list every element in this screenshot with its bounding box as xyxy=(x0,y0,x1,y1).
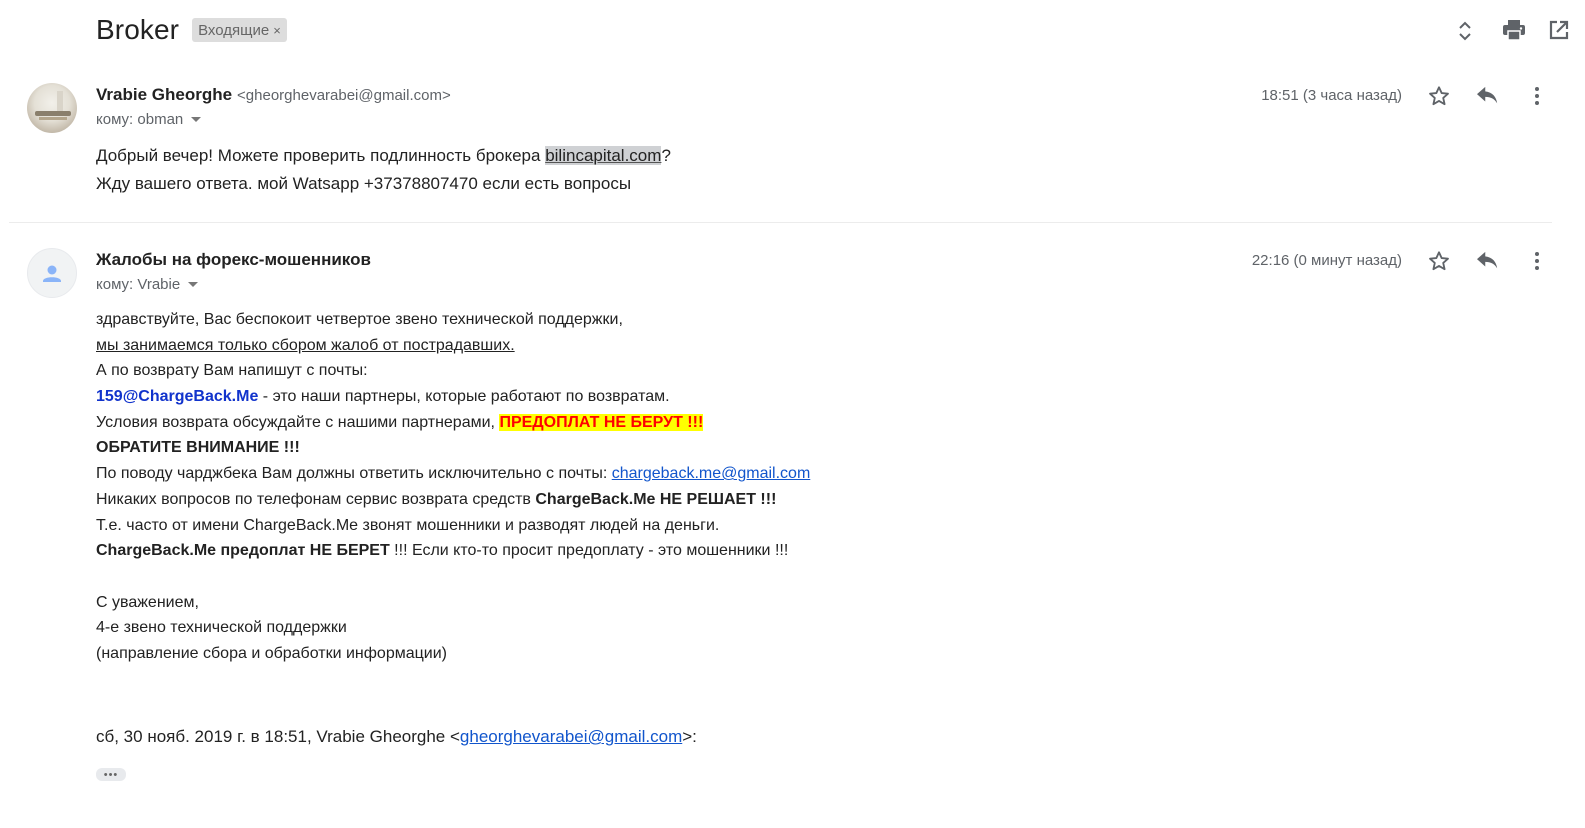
bold-text: ChargeBack.Me НЕ РЕШАЕТ xyxy=(535,491,756,508)
sender-email: <gheorghevarabei@gmail.com> xyxy=(237,87,451,104)
message-body: Добрый вечер! Можете проверить подлиннос… xyxy=(96,142,671,198)
sender-line: Жалобы на форекс-мошенников xyxy=(96,250,371,270)
signature-line: (направление сбора и обработки информаци… xyxy=(96,641,810,667)
reply-icon[interactable] xyxy=(1477,251,1499,271)
body-line: Никаких вопросов по телефонам сервис воз… xyxy=(96,487,810,513)
warning-highlight: ПРЕДОПЛАТ НЕ БЕРУТ !!! xyxy=(499,414,703,431)
sender-avatar[interactable] xyxy=(27,248,77,298)
message-divider xyxy=(9,222,1552,223)
reply-icon[interactable] xyxy=(1477,86,1499,106)
sender-avatar[interactable] xyxy=(27,83,77,133)
body-line: А по возврату Вам напишут с почты: xyxy=(96,358,810,384)
body-line: ChargeBack.Me предоплат НЕ БЕРЕТ !!! Есл… xyxy=(96,538,810,564)
body-text: ? xyxy=(661,146,670,165)
blank-line xyxy=(96,564,810,590)
thread-toolbar xyxy=(1425,17,1585,45)
print-icon[interactable] xyxy=(1503,20,1525,40)
recipient-text: кому: Vrabie xyxy=(96,276,180,293)
body-line: По поводу чарджбека Вам должны ответить … xyxy=(96,461,810,487)
body-text: Никаких вопросов по телефонам сервис воз… xyxy=(96,491,535,508)
recipient-details[interactable]: кому: Vrabie xyxy=(96,276,198,293)
signature-line: С уважением, xyxy=(96,590,810,616)
body-text: !!! Если кто-то просит предоплату - это … xyxy=(390,542,789,559)
message-time: 22:16 (0 минут назад) xyxy=(1252,252,1402,269)
show-trimmed-content-button[interactable]: ••• xyxy=(96,768,126,781)
open-in-new-window-icon[interactable] xyxy=(1549,20,1569,40)
chevron-down-icon[interactable] xyxy=(188,282,198,287)
label-chip-inbox[interactable]: Входящие × xyxy=(192,18,287,42)
body-text: Условия возврата обсуждайте с нашими пар… xyxy=(96,414,499,431)
more-options-icon[interactable] xyxy=(1534,251,1540,271)
sender-name[interactable]: Vrabie Gheorghe xyxy=(96,85,232,105)
body-line: 159@ChargeBack.Me - это наши партнеры, к… xyxy=(96,384,810,410)
star-icon[interactable] xyxy=(1428,250,1450,272)
thread-subject: Broker xyxy=(96,14,179,46)
body-line: мы занимаемся только сбором жалоб от пос… xyxy=(96,333,810,359)
body-line: Условия возврата обсуждайте с нашими пар… xyxy=(96,410,810,436)
thread-header: Broker Входящие × xyxy=(96,14,287,46)
broker-link[interactable]: bilincapital.com xyxy=(545,146,661,165)
signature-line: 4-е звено технической поддержки xyxy=(96,615,810,641)
body-text: Жду вашего ответа. мой Watsapp +37378807… xyxy=(96,170,671,198)
message-time: 18:51 (3 часа назад) xyxy=(1261,87,1402,104)
star-icon[interactable] xyxy=(1428,85,1450,107)
body-line: Т.е. часто от имени ChargeBack.Me звонят… xyxy=(96,513,810,539)
expand-collapse-icon[interactable] xyxy=(1458,19,1472,43)
bold-text: ChargeBack.Me предоплат НЕ БЕРЕТ xyxy=(96,542,390,559)
body-line: здравствуйте, Вас беспокоит четвертое зв… xyxy=(96,307,810,333)
remove-label-icon[interactable]: × xyxy=(273,23,281,38)
body-text: >: xyxy=(682,727,697,746)
chargeback-email-link[interactable]: chargeback.me@gmail.com xyxy=(612,465,811,482)
sender-name[interactable]: Жалобы на форекс-мошенников xyxy=(96,250,371,270)
person-icon xyxy=(28,249,77,298)
body-text: По поводу чарджбека Вам должны ответить … xyxy=(96,465,612,482)
chevron-down-icon[interactable] xyxy=(191,117,201,122)
recipient-details[interactable]: кому: obman xyxy=(96,111,201,128)
quote-attribution: сб, 30 нояб. 2019 г. в 18:51, Vrabie Ghe… xyxy=(96,727,697,747)
body-text: Добрый вечер! Можете проверить подлиннос… xyxy=(96,146,545,165)
label-chip-text: Входящие xyxy=(198,22,269,39)
more-options-icon[interactable] xyxy=(1534,86,1540,106)
recipient-text: кому: obman xyxy=(96,111,183,128)
attention-heading: ОБРАТИТЕ ВНИМАНИЕ !!! xyxy=(96,435,810,461)
partner-email: 159@ChargeBack.Me xyxy=(96,388,258,405)
body-text: сб, 30 нояб. 2019 г. в 18:51, Vrabie Ghe… xyxy=(96,727,460,746)
quoted-sender-email-link[interactable]: gheorghevarabei@gmail.com xyxy=(460,727,682,746)
message-body: здравствуйте, Вас беспокоит четвертое зв… xyxy=(96,307,810,667)
sender-line: Vrabie Gheorghe <gheorghevarabei@gmail.c… xyxy=(96,85,451,105)
body-text: - это наши партнеры, которые работают по… xyxy=(258,388,669,405)
bold-text: !!! xyxy=(756,491,776,508)
